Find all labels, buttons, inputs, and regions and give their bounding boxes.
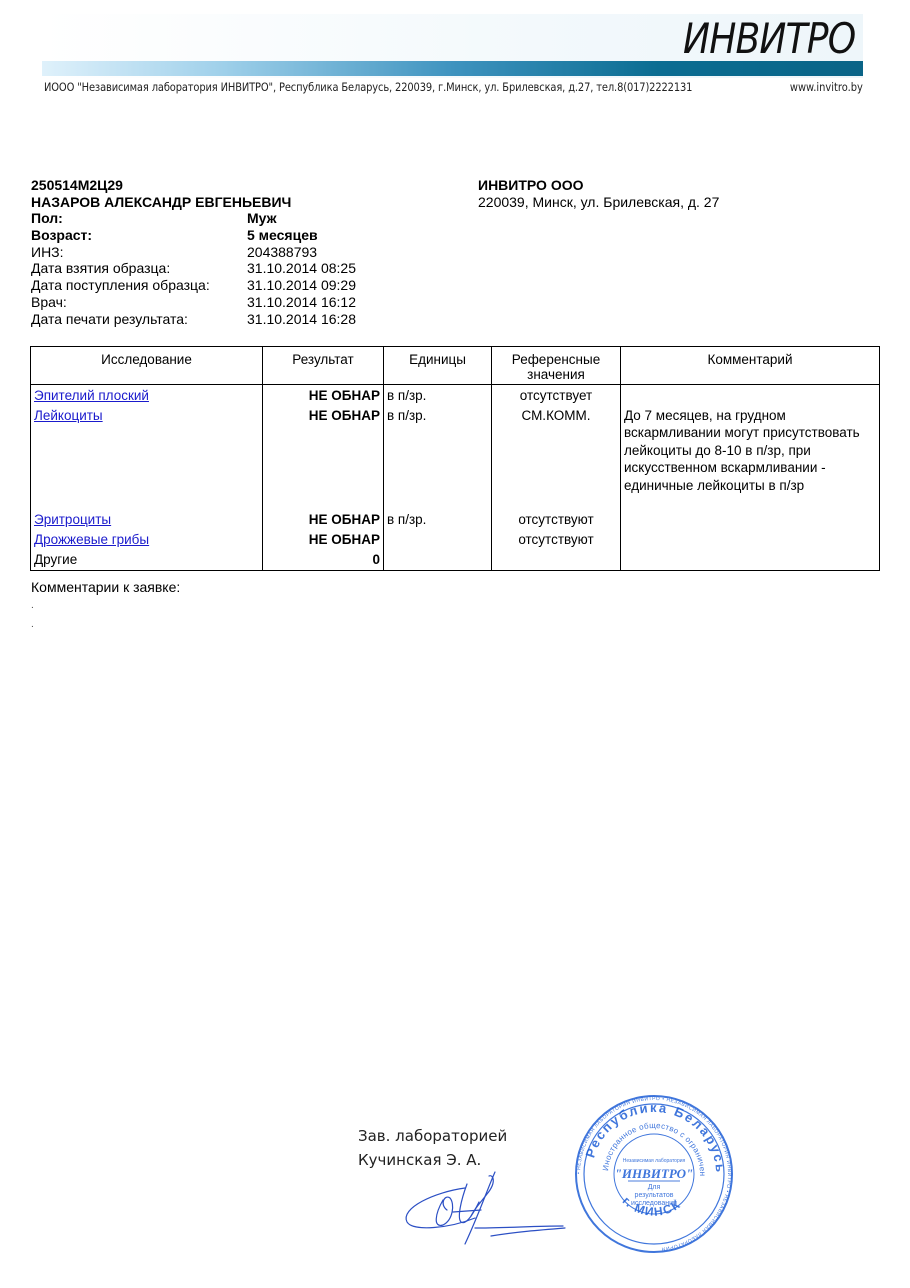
svg-text:исследований: исследований (631, 1199, 677, 1207)
reference-cell: отсутствуют (495, 510, 617, 530)
order-comments-label: Комментарии к заявке: (31, 579, 180, 595)
website-link[interactable]: www.invitro.by (790, 80, 863, 94)
name-cell: Другие (34, 550, 259, 570)
patient-field: Пол:Муж (31, 210, 356, 227)
patient-field: Дата поступления образца:31.10.2014 09:2… (31, 277, 356, 294)
investigation-link[interactable]: Эпителий плоский (34, 388, 149, 403)
results-table: Исследование Результат Единицы Референсн… (30, 346, 880, 571)
header-comment: Комментарий (621, 347, 880, 385)
organization-address: 220039, Минск, ул. Брилевская, д. 27 (478, 194, 719, 211)
order-comment-line: . (31, 600, 34, 611)
investigation-cell: Эпителий плоский (34, 386, 259, 406)
svg-text:результатов: результатов (635, 1192, 674, 1199)
patient-name: НАЗАРОВ АЛЕКСАНДР ЕВГЕНЬЕВИЧ (31, 194, 356, 211)
investigation-cell: Лейкоциты (34, 406, 259, 510)
result-column: НЕ ОБНАРНЕ ОБНАРНЕ ОБНАРНЕ ОБНАР0 (263, 385, 384, 571)
header-reference: Референсные значения (492, 347, 621, 385)
header-units: Единицы (384, 347, 492, 385)
lab-address-line: ИООО "Независимая лаборатория ИНВИТРО", … (44, 80, 692, 94)
units-cell (387, 530, 488, 550)
organization-block: ИНВИТРО ООО 220039, Минск, ул. Брилевска… (478, 177, 719, 210)
units-cell (387, 550, 488, 570)
svg-text:Независимая лаборатория: Независимая лаборатория (623, 1158, 686, 1164)
field-label: Пол: (31, 210, 247, 227)
field-value: 31.10.2014 16:28 (247, 311, 356, 328)
reference-column: отсутствуетСМ.КОММ.отсутствуютотсутствую… (492, 385, 621, 571)
result-cell: НЕ ОБНАР (266, 406, 380, 510)
field-label: Врач: (31, 294, 247, 311)
signature-block: Зав. лабораторией Кучинская Э. А. (358, 1124, 507, 1172)
svg-text:"ИНВИТРО": "ИНВИТРО" (615, 1166, 694, 1181)
investigation-column: Эпителий плоскийЛейкоцитыЭритроцитыДрожж… (31, 385, 263, 571)
result-cell: НЕ ОБНАР (266, 510, 380, 530)
field-label: Дата печати результата: (31, 311, 247, 328)
field-value: 31.10.2014 08:25 (247, 260, 356, 277)
comment-text: До 7 месяцев, на грудном вскармливании м… (624, 407, 874, 494)
field-value: 204388793 (247, 244, 317, 261)
patient-field: Врач:31.10.2014 16:12 (31, 294, 356, 311)
result-cell: НЕ ОБНАР (266, 530, 380, 550)
investigation-link[interactable]: Дрожжевые грибы (34, 532, 149, 547)
svg-text:Для: Для (648, 1184, 661, 1191)
units-cell: в п/зр. (387, 386, 488, 406)
invitro-logo: ИНВИТРО (683, 14, 855, 63)
field-label: Дата поступления образца: (31, 277, 247, 294)
signer-name: Кучинская Э. А. (358, 1148, 507, 1172)
field-value: 31.10.2014 16:12 (247, 294, 356, 311)
units-column: в п/зр.в п/зр.в п/зр. (384, 385, 492, 571)
patient-field: Дата печати результата:31.10.2014 16:28 (31, 311, 356, 328)
result-cell: 0 (266, 550, 380, 570)
handwritten-signature (395, 1170, 570, 1260)
reference-cell: отсутствуют (495, 530, 617, 550)
header-investigation: Исследование (31, 347, 263, 385)
units-cell: в п/зр. (387, 406, 488, 510)
letterhead-gradient-bar (42, 61, 863, 76)
result-cell: НЕ ОБНАР (266, 386, 380, 406)
comment-column: До 7 месяцев, на грудном вскармливании м… (621, 385, 880, 571)
investigation-link[interactable]: Лейкоциты (34, 408, 103, 423)
field-value: 31.10.2014 09:29 (247, 277, 356, 294)
investigation-cell: Дрожжевые грибы (34, 530, 259, 550)
field-label: ИНЗ: (31, 244, 247, 261)
table-body: Эпителий плоскийЛейкоцитыЭритроцитыДрожж… (31, 385, 880, 571)
patient-field: Дата взятия образца:31.10.2014 08:25 (31, 260, 356, 277)
field-label: Дата взятия образца: (31, 260, 247, 277)
order-id: 250514М2Ц29 (31, 177, 356, 194)
organization-stamp: • НЕЗАВИСИМАЯ ЛАБОРАТОРИЯ ИНВИТРО • НЕЗА… (574, 1094, 734, 1254)
header-result: Результат (263, 347, 384, 385)
field-value: 5 месяцев (247, 227, 318, 244)
reference-cell: СМ.КОММ. (495, 406, 617, 510)
patient-field: ИНЗ:204388793 (31, 244, 356, 261)
patient-info: 250514М2Ц29 НАЗАРОВ АЛЕКСАНДР ЕВГЕНЬЕВИЧ… (31, 177, 356, 327)
signer-title: Зав. лабораторией (358, 1124, 507, 1148)
order-comment-line: . (31, 619, 34, 630)
reference-cell: отсутствует (495, 386, 617, 406)
investigation-cell: Эритроциты (34, 510, 259, 530)
field-value: Муж (247, 210, 277, 227)
reference-cell (495, 550, 617, 570)
field-label: Возраст: (31, 227, 247, 244)
units-cell: в п/зр. (387, 510, 488, 530)
table-header-row: Исследование Результат Единицы Референсн… (31, 347, 880, 385)
patient-field: Возраст:5 месяцев (31, 227, 356, 244)
investigation-link[interactable]: Эритроциты (34, 512, 111, 527)
organization-name: ИНВИТРО ООО (478, 177, 719, 194)
